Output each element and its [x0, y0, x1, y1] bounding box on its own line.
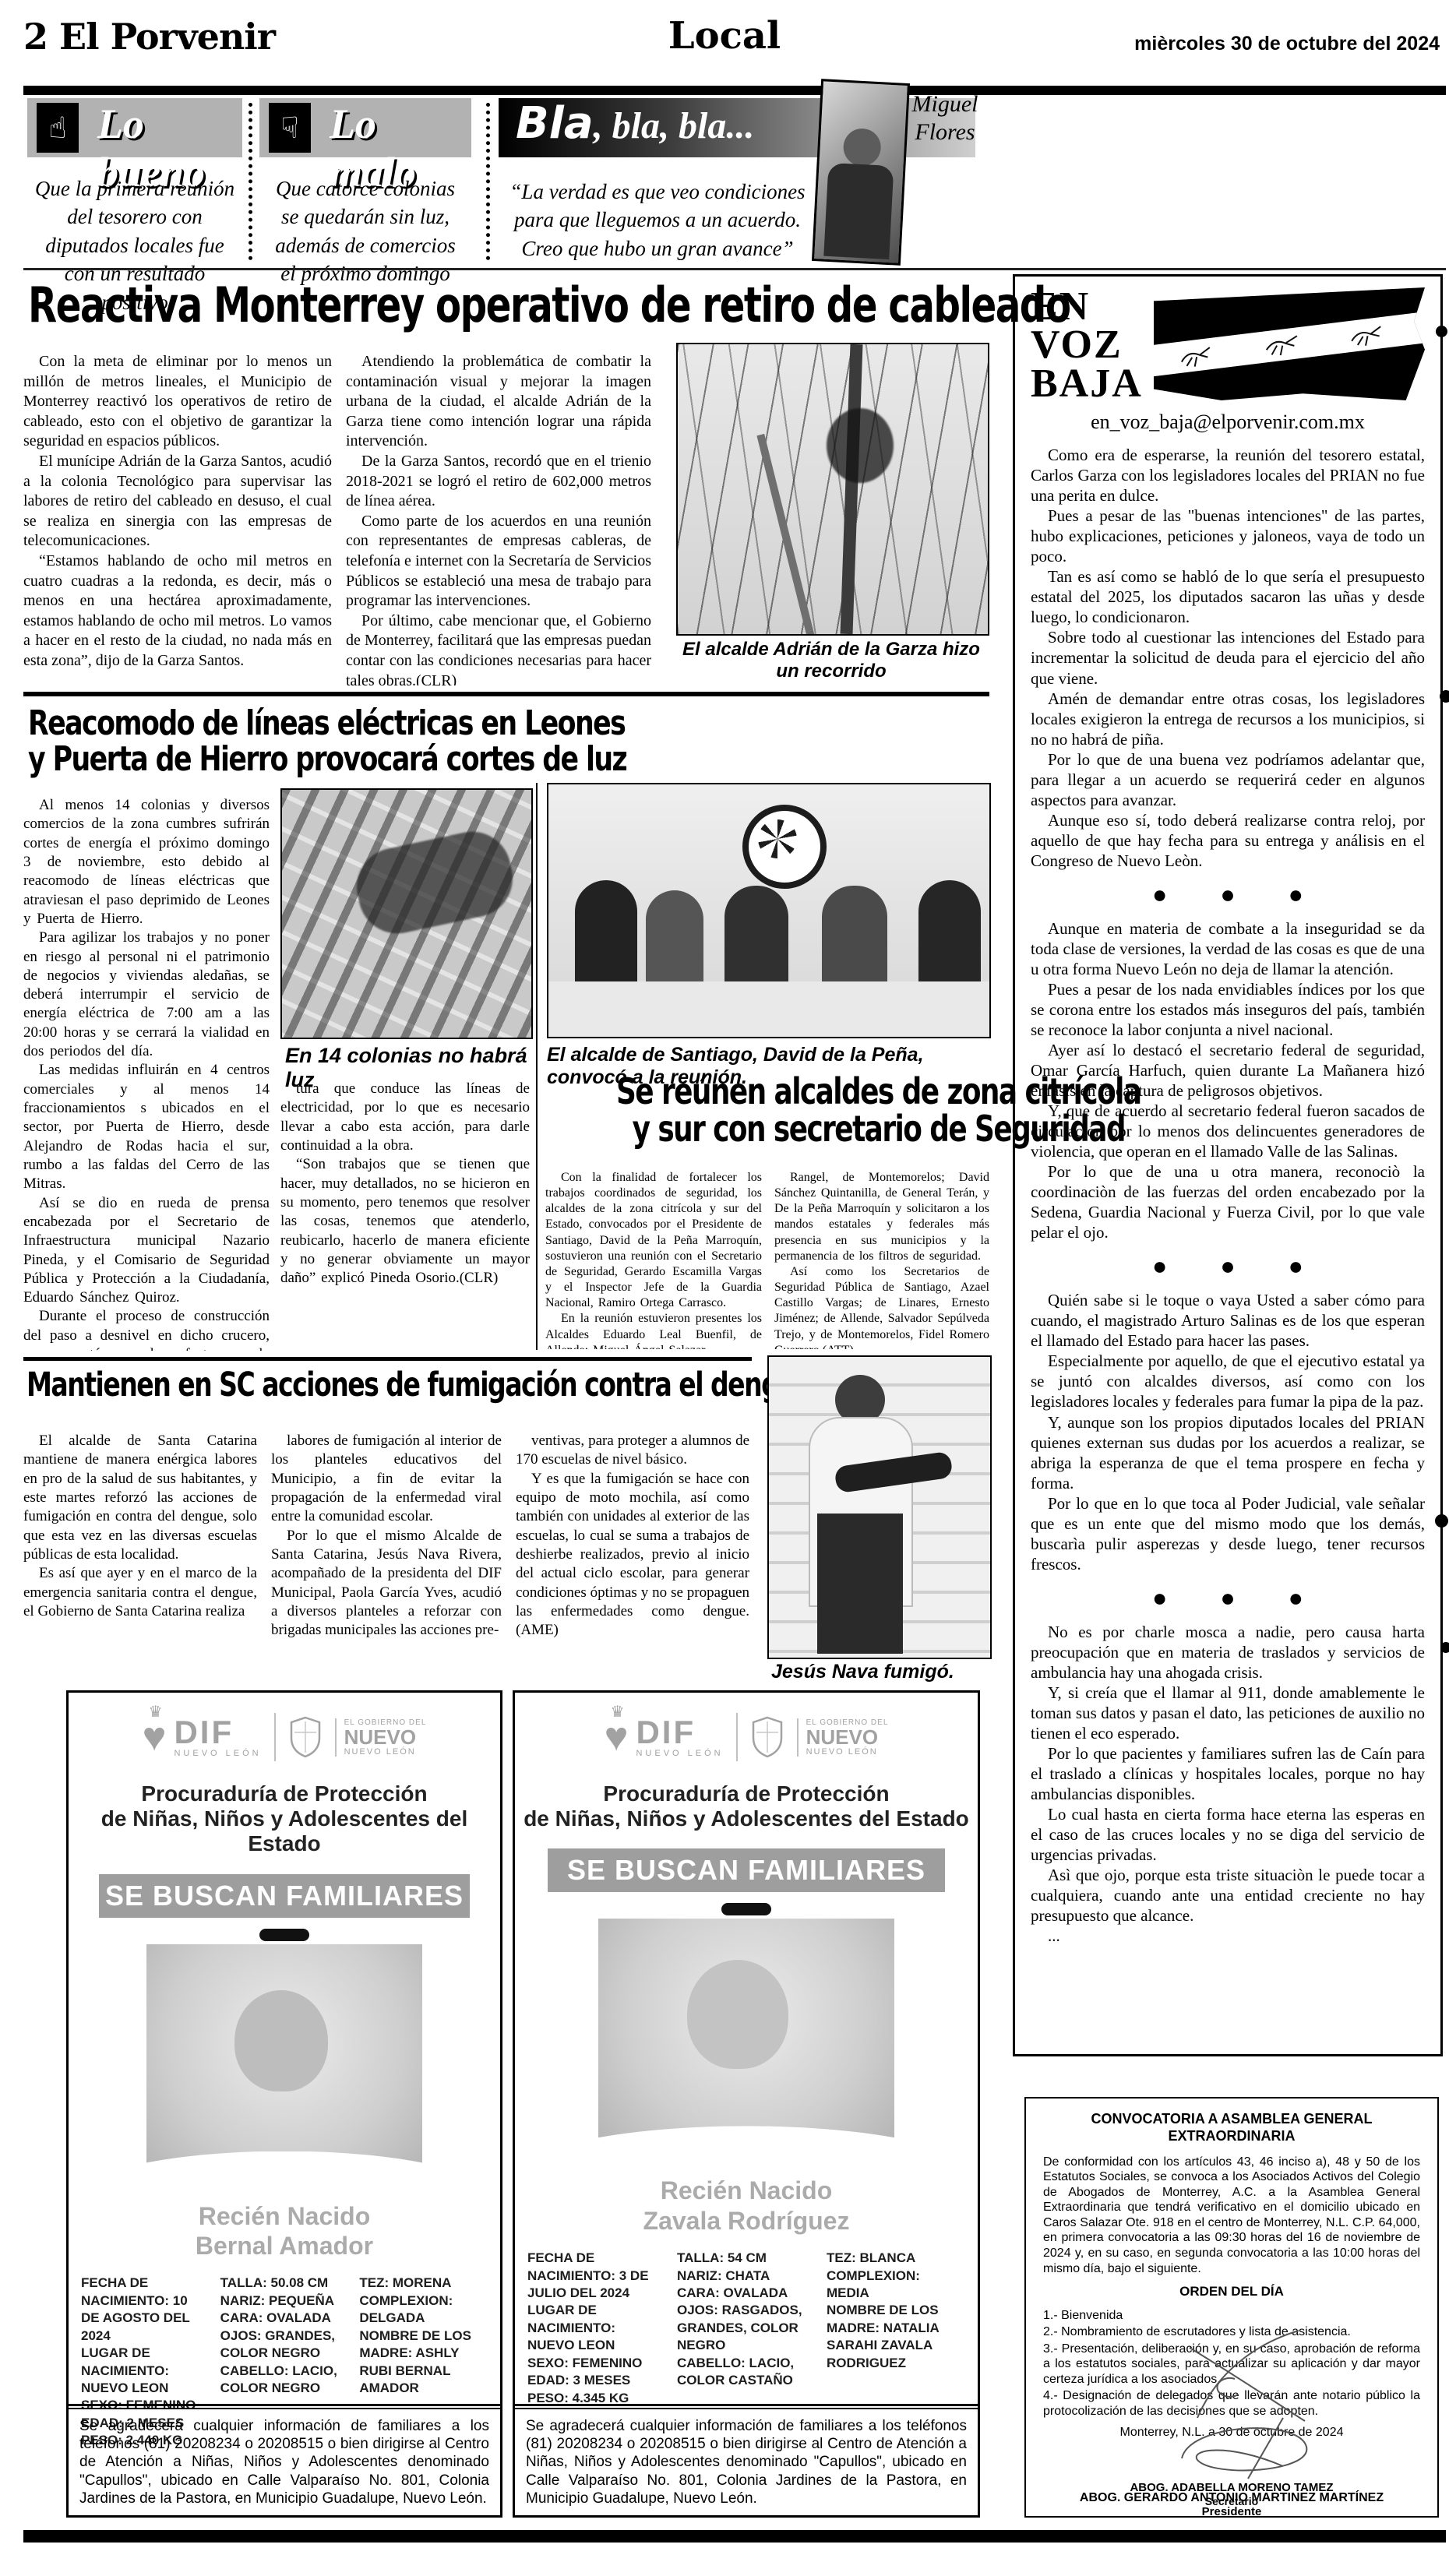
paragraph: “Son trabajos que se tienen que hacer, m… — [280, 1155, 530, 1288]
paragraph: Pues a pesar de los nada envidiables índ… — [1031, 979, 1425, 1040]
agenda-item: 3.- Presentación, deliberación y, en su … — [1043, 2342, 1420, 2387]
paragraph: Atendiendo la problemática de combatir l… — [346, 352, 651, 452]
detail-line: CABELLO: LACIO, COLOR NEGRO — [220, 2363, 349, 2398]
paragraph: Sobre todo al cuestionar las intenciones… — [1031, 627, 1425, 688]
ad-title-line1: Procuraduría de Protección — [515, 1781, 978, 1806]
baby-details: FECHA DE NACIMIENTO: 3 DE JULIO DEL 2024… — [515, 2236, 978, 2407]
photo-curve-overlay — [598, 2126, 894, 2176]
baby-surname: Bernal Amador — [69, 2231, 500, 2261]
voz-title-line: VOZ — [1031, 326, 1143, 364]
dif-heart-icon: ♥♛ — [143, 1717, 167, 1757]
detail-line: LUGAR DE NACIMIENTO: NUEVO LEON — [81, 2345, 210, 2397]
newspaper-page: 2 El Porvenir Local mièrcoles 30 de octu… — [0, 0, 1449, 2576]
photo-curve-overlay — [146, 2151, 423, 2201]
bla-speaker: Miguel Flores — [910, 90, 980, 146]
paragraph: Con la finalidad de fortalecer los traba… — [545, 1170, 762, 1311]
se-buscan-familiares-banner: SE BUSCAN FAMILIARES — [99, 1874, 470, 1918]
strip-rule — [23, 268, 1446, 270]
dengue-col3: ventivas, para proteger a alumnos de 170… — [516, 1432, 749, 1679]
scan-artifact-dot — [1435, 1514, 1448, 1528]
detail-line: FECHA DE NACIMIENTO: 3 DE JULIO DEL 2024 — [527, 2250, 666, 2302]
banner-accent — [259, 1929, 309, 1941]
cable-photo-caption: El alcalde Adrián de la Garza hizo un re… — [676, 639, 986, 682]
paragraph: ventivas, para proteger a alumnos de 170… — [516, 1432, 749, 1470]
paragraph: tura que conduce las líneas de electrici… — [280, 1080, 530, 1155]
cable-photo — [676, 343, 989, 636]
dif-logo: ♥♛ DIF NUEVO LEÓN — [143, 1716, 262, 1758]
paragraph: Asì que ojo, porque esta triste situaciò… — [1031, 1865, 1425, 1926]
ad-title-line1: Procuraduría de Protección — [69, 1781, 500, 1806]
section-separator-dots: ● ● ● — [1031, 1584, 1425, 1612]
dif-ad-zavala-rodriguez: ♥♛ DIF NUEVO LEÓN EL GOBIERNO DEL NUEVO … — [513, 1690, 980, 2518]
security-photo — [547, 783, 991, 1038]
paragraph: Aunque en materia de combate a la insegu… — [1031, 918, 1425, 979]
detail-line: OJOS: RASGADOS, GRANDES, COLOR NEGRO — [677, 2302, 816, 2354]
voz-baja-flag-graphic — [1154, 287, 1425, 400]
security-headline: Se reúnen alcaldes de zona citrícola y s… — [542, 1073, 991, 1148]
detail-line: OJOS: GRANDES, COLOR NEGRO — [220, 2328, 349, 2363]
detail-line: COMPLEXION: MEDIA — [827, 2268, 965, 2303]
cable-col1: Con la meta de eliminar por lo menos un … — [23, 352, 332, 685]
miguel-flores-photo — [812, 79, 910, 266]
cable-headline: Reactiva Monterrey operativo de retiro d… — [28, 280, 1070, 330]
paragraph: labores de fumigación al interior de los… — [271, 1432, 502, 1527]
edition-date: mièrcoles 30 de octubre del 2024 — [1134, 33, 1440, 55]
bottom-rule — [23, 2530, 1446, 2543]
paragraph: Por último, cabe mencionar que, el Gobie… — [346, 611, 651, 685]
article-divider — [23, 692, 989, 696]
section-separator-dots: ● ● ● — [1031, 880, 1425, 909]
ad-contact-footer: Se agradecerá cualquier información de f… — [69, 2408, 500, 2515]
power-headline-line2: y Puerta de Hierro provocará cortes de l… — [28, 742, 626, 777]
bla-bla-box: Bla, bla, bla... “La verdad es que veo c… — [499, 98, 975, 263]
paragraph: Como parte de los acuerdos en una reunió… — [346, 512, 651, 611]
state-shield-icon — [750, 1715, 784, 1759]
paragraph: Al menos 14 colonias y diversos comercio… — [23, 796, 270, 929]
paragraph: El munícipe Adrián de la Garza Santos, a… — [23, 452, 332, 551]
column-rule — [536, 783, 538, 1350]
paragraph: No es por charle mosca a nadie, pero cau… — [1031, 1622, 1425, 1683]
strip-separator — [486, 103, 490, 260]
detail-line: CABELLO: LACIO, COLOR CASTAÑO — [677, 2355, 816, 2390]
article-divider — [23, 1357, 752, 1361]
security-col1: Con la finalidad de fortalecer los traba… — [545, 1170, 762, 1349]
ad-title: Procuraduría de Protección de Niñas, Niñ… — [515, 1781, 978, 1831]
paragraph: El alcalde de Santa Catarina mantiene de… — [23, 1432, 257, 1564]
logo-divider — [274, 1713, 276, 1761]
paragraph: Las medidas influirán en 4 centros comer… — [23, 1061, 270, 1193]
bla-quote: “La verdad es que veo condiciones para q… — [502, 178, 813, 263]
paragraph: Así como los Secretarios de Seguridad Pú… — [774, 1264, 989, 1349]
voz-title-line: EN — [1031, 287, 1143, 326]
paragraph: Durante el proceso de construcción del p… — [23, 1307, 270, 1351]
detail-line: NARIZ: CHATA — [677, 2268, 816, 2285]
dengue-photo-caption: Jesús Nava fumigó. — [771, 1661, 989, 1683]
paragraph: ... — [1031, 1926, 1425, 1946]
bla-title-lead: Bla — [516, 98, 594, 149]
voz-baja-email: en_voz_baja@elporvenir.com.mx — [1031, 411, 1425, 434]
dif-wordmark: DIF — [636, 1716, 696, 1749]
details-col3: TEZ: BLANCA COMPLEXION: MEDIA NOMBRE DE … — [827, 2250, 965, 2407]
lo-malo-text: Que catorce colonias se quedarán sin luz… — [266, 174, 465, 288]
paragraph: Por lo que de una buena vez podríamos ad… — [1031, 749, 1425, 810]
detail-line: CARA: OVALADA — [677, 2285, 816, 2302]
gov-sub-label: NUEVO LEÓN — [806, 1747, 889, 1757]
paragraph: Especialmente por aquello, de que el eje… — [1031, 1351, 1425, 1411]
orden-del-dia-title: ORDEN DEL DÍA — [1043, 2284, 1420, 2300]
paragraph: Es así que ayer y en el marco de la emer… — [23, 1564, 257, 1621]
paragraph: Y, si creía que el llamar al 911, donde … — [1031, 1683, 1425, 1743]
paragraph: Como era de esperarse, la reunión del te… — [1031, 445, 1425, 506]
paragraph: Lo cual hasta en cierta forma hace etern… — [1031, 1804, 1425, 1865]
dengue-headline: Mantienen en SC acciones de fumigación c… — [26, 1368, 812, 1403]
detail-line: FECHA DE NACIMIENTO: 10 DE AGOSTO DEL 20… — [81, 2275, 210, 2345]
ad-title-line2: de Niñas, Niños y Adolescentes del Estad… — [69, 1806, 500, 1856]
power-col2: tura que conduce las líneas de electrici… — [280, 1080, 530, 1344]
power-headline: Reacomodo de líneas eléctricas en Leones… — [28, 706, 626, 777]
agenda-item: 2.- Nombramiento de escrutadores y lista… — [1043, 2324, 1420, 2340]
paragraph: Ayer así lo destacó el secretario federa… — [1031, 1040, 1425, 1101]
convocatoria-box: CONVOCATORIA A ASAMBLEA GENERAL EXTRAORD… — [1024, 2097, 1439, 2518]
baby-name: Recién Nacido Bernal Amador — [69, 2201, 500, 2261]
paragraph: Quién sabe si le toque o vaya Usted a sa… — [1031, 1290, 1425, 1351]
paragraph: Por lo que en lo que toca al Poder Judic… — [1031, 1493, 1425, 1574]
detail-line: NOMBRE DE LOS MADRE: NATALIA SARAHI ZAVA… — [827, 2302, 965, 2372]
paragraph: Tan es así como se habló de lo que sería… — [1031, 566, 1425, 627]
power-photo — [280, 788, 533, 1039]
dif-wordmark: DIF — [174, 1716, 234, 1749]
dengue-col1: El alcalde de Santa Catarina mantiene de… — [23, 1432, 257, 1679]
header-rule — [23, 86, 1446, 95]
detail-line: COMPLEXION: DELGADA — [359, 2292, 488, 2328]
baby-surname: Zavala Rodríguez — [515, 2206, 978, 2236]
paragraph: Por lo que pacientes y familiares sufren… — [1031, 1743, 1425, 1804]
legal-date: Monterrey, N.L. a 30 de octubre de 2024 — [1043, 2425, 1420, 2440]
gov-logo-text: EL GOBIERNO DEL NUEVO NUEVO LEÓN — [335, 1718, 427, 1757]
detail-line: NOMBRE DE LOS MADRE: ASHLY RUBI BERNAL A… — [359, 2328, 488, 2398]
paragraph: Y es que la fumigación se hace con equip… — [516, 1470, 749, 1640]
cable-col2: Atendiendo la problemática de combatir l… — [346, 352, 651, 685]
detail-line: TALLA: 50.08 CM — [220, 2275, 349, 2292]
ad-contact-footer: Se agradecerá cualquier información de f… — [515, 2408, 978, 2515]
paragraph: Pues a pesar de las "buenas intenciones"… — [1031, 506, 1425, 566]
dif-ad-bernal-amador: ♥♛ DIF NUEVO LEÓN EL GOBIERNO DEL NUEVO … — [66, 1690, 502, 2518]
detail-line: SEXO: FEMENINO — [527, 2355, 666, 2372]
state-shield-icon — [288, 1715, 323, 1759]
bla-title-rest: , bla, bla... — [594, 105, 755, 146]
paragraph: Por lo que de una u otra manera, reconoc… — [1031, 1161, 1425, 1242]
detail-line: LUGAR DE NACIMIENTO: NUEVO LEON — [527, 2302, 666, 2354]
detail-line: TALLA: 54 CM — [677, 2250, 816, 2267]
grasshopper-band — [1148, 311, 1438, 377]
gov-wordmark: NUEVO — [344, 1727, 427, 1747]
secretary-signature — [1166, 2412, 1322, 2482]
paragraph: “Estamos hablando de ocho mil metros en … — [23, 551, 332, 671]
en-voz-baja-box: EN VOZ BAJA en_voz_baja@elporvenir.com.m… — [1013, 274, 1443, 2056]
dif-sub-label: NUEVO LEÓN — [174, 1749, 261, 1758]
section-separator-dots: ● ● ● — [1031, 1252, 1425, 1281]
paragraph: Así se dio en rueda de prensa encabezada… — [23, 1194, 270, 1308]
power-headline-line1: Reacomodo de líneas eléctricas en Leones — [28, 706, 626, 742]
dengue-photo — [767, 1355, 992, 1659]
dif-sub-label: NUEVO LEÓN — [636, 1749, 723, 1758]
banner-accent — [721, 1903, 771, 1915]
paragraph: De conformidad con los artículos 43, 46 … — [1043, 2155, 1420, 2276]
scan-artifact-dot — [1436, 326, 1447, 337]
gov-sub-label: NUEVO LEÓN — [344, 1747, 427, 1757]
paragraph: Rangel, de Montemorelos; David Sánchez Q… — [774, 1170, 989, 1264]
secretary-role: Secretario — [1026, 2495, 1437, 2508]
thumbs-down-icon: ☟ — [269, 103, 311, 153]
lo-bueno-box: ☝ Lo bueno Que la primera reunión del te… — [27, 98, 242, 263]
security-col2: Rangel, de Montemorelos; David Sánchez Q… — [774, 1170, 989, 1349]
power-col1: Al menos 14 colonias y diversos comercio… — [23, 796, 270, 1351]
thumbs-up-icon: ☝ — [37, 103, 79, 153]
se-buscan-familiares-banner: SE BUSCAN FAMILIARES — [548, 1848, 946, 1892]
paragraph: Por lo que el mismo Alcalde de Santa Cat… — [271, 1527, 502, 1640]
detail-line: TEZ: BLANCA — [827, 2250, 965, 2267]
strip-separator — [249, 103, 252, 260]
lo-malo-box: ☟ Lo malo Que catorce colonias se quedar… — [259, 98, 471, 263]
gov-logo-text: EL GOBIERNO DEL NUEVO NUEVO LEÓN — [797, 1718, 889, 1757]
baby-name: Recién Nacido Zavala Rodríguez — [515, 2176, 978, 2236]
details-col1: FECHA DE NACIMIENTO: 3 DE JULIO DEL 2024… — [527, 2250, 666, 2407]
detail-line: TEZ: MORENA — [359, 2275, 488, 2292]
logo-divider — [736, 1713, 738, 1761]
paragraph: Aunque eso sí, todo deberá realizarse co… — [1031, 810, 1425, 871]
agenda-item: 1.- Bienvenida — [1043, 2308, 1420, 2324]
scan-artifact-dot — [1440, 1642, 1449, 1653]
paragraph: De la Garza Santos, recordó que en el tr… — [346, 452, 651, 512]
secretary-name: ABOG. ADABELLA MORENO TAMEZ — [1026, 2481, 1437, 2495]
convocatoria-title: CONVOCATORIA A ASAMBLEA GENERAL EXTRAORD… — [1043, 2111, 1420, 2145]
baby-label: Recién Nacido — [69, 2201, 500, 2231]
paragraph: Para agilizar los trabajos y no poner en… — [23, 929, 270, 1061]
paragraph: Y, que de acuerdo al secretario federal … — [1031, 1101, 1425, 1161]
paragraph: Y, aunque son los propios diputados loca… — [1031, 1412, 1425, 1493]
paragraph: En la reunión estuvieron presentes los A… — [545, 1311, 762, 1349]
baby-label: Recién Nacido — [515, 2176, 978, 2205]
dif-logo: ♥♛ DIF NUEVO LEÓN — [605, 1716, 724, 1758]
detail-line: CARA: OVALADA — [220, 2310, 349, 2327]
paragraph: Con la meta de eliminar por lo menos un … — [23, 352, 332, 452]
ad-title-line2: de Niñas, Niños y Adolescentes del Estad… — [515, 1806, 978, 1831]
voz-baja-title: EN VOZ BAJA — [1031, 287, 1143, 403]
ad-title: Procuraduría de Protección de Niñas, Niñ… — [69, 1781, 500, 1857]
dif-heart-icon: ♥♛ — [605, 1717, 629, 1757]
dengue-col2: labores de fumigación al interior de los… — [271, 1432, 502, 1679]
detail-line: NARIZ: PEQUEÑA — [220, 2292, 349, 2310]
details-col2: TALLA: 54 CM NARIZ: CHATA CARA: OVALADA … — [677, 2250, 816, 2407]
gov-wordmark: NUEVO — [806, 1727, 889, 1747]
voz-title-line: BAJA — [1031, 365, 1143, 403]
scan-artifact-dot — [1440, 690, 1449, 703]
paragraph: Amén de demandar entre otras cosas, los … — [1031, 689, 1425, 749]
agenda-item: 4.- Designación de delegados que llevará… — [1043, 2388, 1420, 2419]
grasshopper-icons — [1148, 311, 1438, 377]
detail-line: EDAD: 3 MESES — [527, 2372, 666, 2389]
